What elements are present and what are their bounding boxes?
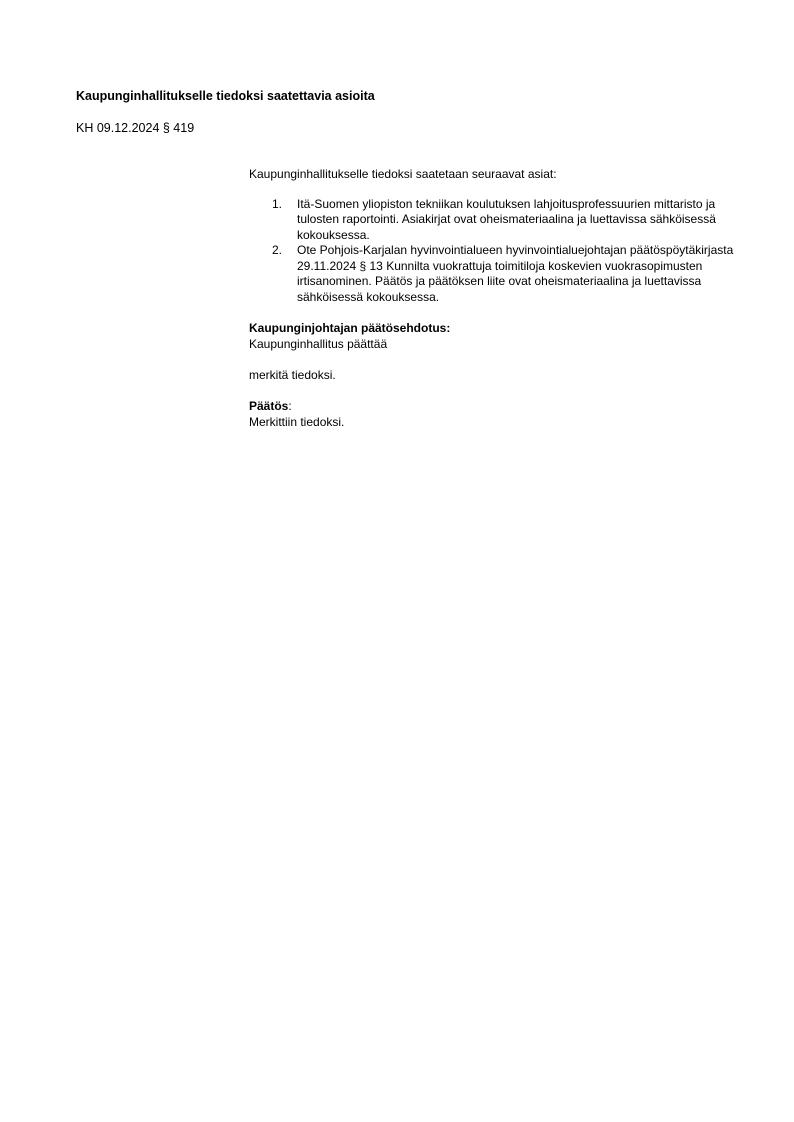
list-item-text: Ote Pohjois-Karjalan hyvinvointialueen h… <box>297 243 733 304</box>
proposal-line1: Kaupunginhallitus päättää <box>249 337 739 353</box>
decision-text: Merkittiin tiedoksi. <box>249 415 739 431</box>
list-item: 1. Itä-Suomen yliopiston tekniikan koulu… <box>249 197 739 244</box>
list-item-text: Itä-Suomen yliopiston tekniikan koulutuk… <box>297 197 716 242</box>
items-list: 1. Itä-Suomen yliopiston tekniikan koulu… <box>249 197 739 306</box>
proposal-section: Kaupunginjohtajan päätösehdotus: Kaupung… <box>249 321 739 383</box>
document-title: Kaupunginhallitukselle tiedoksi saatetta… <box>76 89 375 103</box>
list-item: 2. Ote Pohjois-Karjalan hyvinvointialuee… <box>249 243 739 305</box>
decision-section: Päätös: Merkittiin tiedoksi. <box>249 399 739 430</box>
proposal-line2: merkitä tiedoksi. <box>249 368 739 384</box>
proposal-heading: Kaupunginjohtajan päätösehdotus: <box>249 321 739 337</box>
decision-heading: Päätös <box>249 399 288 413</box>
intro-text: Kaupunginhallitukselle tiedoksi saatetaa… <box>249 167 739 183</box>
decision-colon: : <box>288 399 291 413</box>
decision-heading-line: Päätös: <box>249 399 739 415</box>
document-body: Kaupunginhallitukselle tiedoksi saatetaa… <box>249 167 739 430</box>
list-item-number: 1. <box>272 197 282 213</box>
list-item-number: 2. <box>272 243 282 259</box>
meeting-reference: KH 09.12.2024 § 419 <box>76 121 194 135</box>
